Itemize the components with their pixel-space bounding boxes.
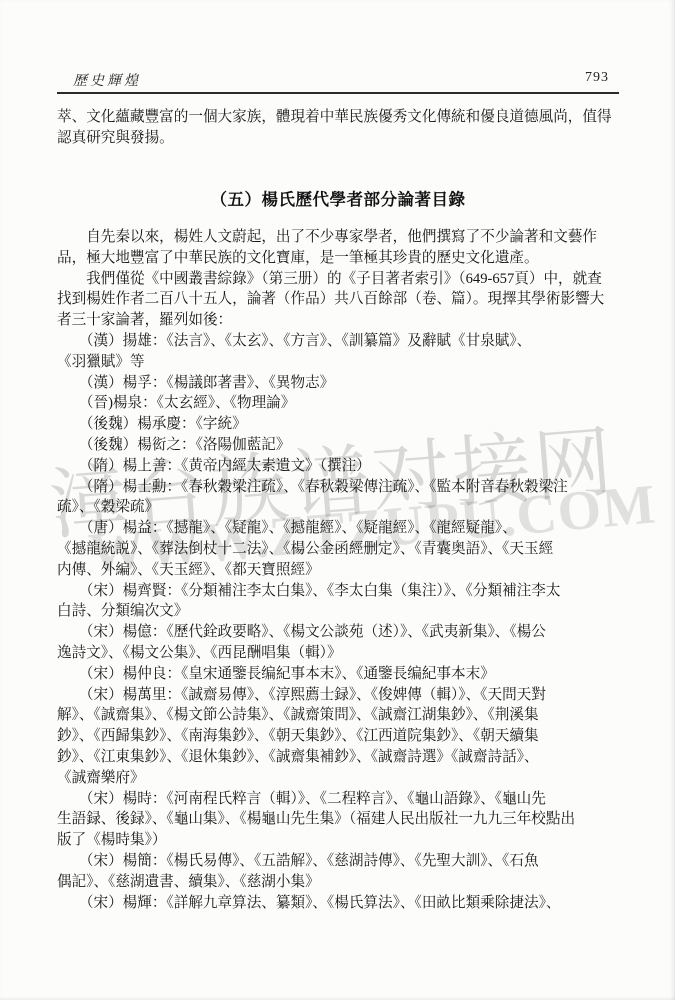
text-line: （隋）楊上善：《黄帝内經太素遺文》（撰注）	[57, 456, 623, 477]
text-line: （宋）楊仲良：《皇宋通鑒長编紀事本末》、《通鑒長编紀事本末》	[57, 664, 623, 685]
header-rule	[57, 92, 619, 94]
text-line: （宋）楊時：《河南程氏粹言（輯）》、《二程粹言》、《龜山語錄》、《龜山先	[57, 789, 623, 810]
text-line: 解》、《誠齋集》、《楊文節公詩集》、《誠齋策問》、《誠齋江湖集鈔》、《荆溪集	[57, 705, 623, 726]
text-line: 鈔》、《江東集鈔》、《退休集鈔》、《誠齋集補鈔》、《誠齋詩選》《誠齋詩話》、	[57, 747, 623, 768]
text-line: （後魏）楊承慶：《字統》	[57, 414, 623, 435]
text-line: （宋）楊萬里：《誠齋易傳》、《淳熙薦士録》、《俊婢傳（輯）》、《天問天對	[57, 685, 623, 706]
text-line: （後魏）楊衒之：《洛陽伽藍記》	[57, 435, 623, 456]
scanned-book-page: 歷史輝煌 793 萃、文化蘊藏豐富的一個大家族，體現着中華民族優秀文化傳統和優良…	[0, 0, 675, 1000]
text-line: 萃、文化蘊藏豐富的一個大家族，體現着中華民族優秀文化傳統和優良道德風尚，值得	[57, 107, 623, 128]
text-line: 内傳、外編》、《天玉經》、《都天寶照經》	[57, 560, 623, 581]
text-line: （漢）楊孚：《楊議郎著書》、《異物志》	[57, 373, 623, 394]
text-line: （宋）楊輝：《詳解九章算法、纂類》、《楊氏算法》、《田畝比類乘除捷法》、	[57, 893, 623, 914]
text-line: （晉)楊泉：《太玄經》、《物理論》	[57, 393, 623, 414]
page-number: 793	[585, 70, 609, 86]
text-line: （宋）楊齊賢：《分類補注李太白集》、《李太白集（集注）》、《分類補注李太	[57, 581, 623, 602]
text-line: （隋）楊士勳：《春秋穀梁注疏》、《春秋穀梁傳注疏》、《監本附音春秋穀梁注	[57, 477, 623, 498]
text-line: 偶記》、《慈湖遺書、續集》、《慈湖小集》	[57, 872, 623, 893]
text-line: 我們僅從《中國叢書綜錄》（第三册）的《子目著者索引》（649-657頁）中，就查	[57, 269, 623, 290]
body-text: 自先秦以來，楊姓人文蔚起，出了不少專家學者，他們撰寫了不少論著和文藝作品，極大地…	[57, 227, 623, 913]
text-line: 找到楊姓作者二百八十五人，論著（作品）共八百餘部（卷、篇）。現擇其學術影響大	[57, 289, 623, 310]
text-line: 品，極大地豐富了中華民族的文化寶庫，是一筆極其珍貴的歷史文化遺產。	[57, 248, 623, 269]
text-line: 《羽獵賦》等	[57, 352, 623, 373]
text-line: 疏》、《穀梁疏》	[57, 497, 623, 518]
running-header: 歷史輝煌 793	[57, 70, 619, 92]
section-title: （五）楊氏歷代學者部分論著目錄	[57, 186, 619, 210]
intro-paragraph: 萃、文化蘊藏豐富的一個大家族，體現着中華民族優秀文化傳統和優良道德風尚，值得認真…	[57, 107, 623, 149]
text-line: 自先秦以來，楊姓人文蔚起，出了不少專家學者，他們撰寫了不少論著和文藝作	[57, 227, 623, 248]
text-line: 版了《楊時集》）	[57, 830, 623, 851]
text-line: （唐）楊益：《撼龍》、《疑龍》、《撼龍經》、《疑龍經》、《龍經疑龍》、	[57, 518, 623, 539]
text-line: 認真研究與發揚。	[57, 128, 623, 149]
text-line: （宋）楊簡：《楊氏易傳》、《五誥解》、《慈湖詩傳》、《先聖大訓》、《石魚	[57, 851, 623, 872]
text-line: 者三十家論著，羅列如後：	[57, 310, 623, 331]
text-line: （漢）揚雄：《法言》、《太玄》、《方言》、《訓纂篇》及辭賦《甘泉賦》、	[57, 331, 623, 352]
text-line: 《撼龍統説》、《葬法倒杖十二法》、《楊公金函經删定》、《青囊奥語》、《天玉經	[57, 539, 623, 560]
text-line: 《誠齋樂府》	[57, 768, 623, 789]
journal-title: 歷史輝煌	[73, 70, 141, 90]
text-line: 白詩、分類编次文》	[57, 601, 623, 622]
text-line: 生語録、後録》、《龜山集》、《楊龜山先生集》（福建人民出版社一九九三年校點出	[57, 809, 623, 830]
text-line: 鈔》、《西歸集鈔》、《南海集鈔》、《朝天集鈔》、《江西道院集鈔》、《朝天續集	[57, 726, 623, 747]
text-line: 逸詩文》、《楊文公集》、《西昆酬唱集（輯）》	[57, 643, 623, 664]
text-line: （宋）楊億：《歷代銓政要略》、《楊文公談苑（述）》、《武夷新集》、《楊公	[57, 622, 623, 643]
